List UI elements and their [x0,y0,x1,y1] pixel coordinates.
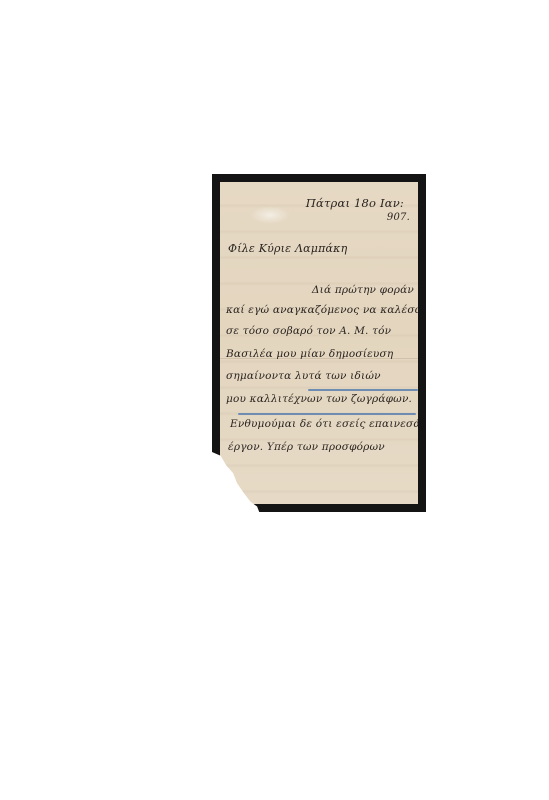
letter-salutation: Φίλε Κύριε Λαμπάκη [228,242,347,255]
document-page: Πάτραι 18ο Ιαν: 907. Φίλε Κύριε Λαμπάκη … [0,0,549,800]
letter-body-line: Διά πρώτην φοράν [312,284,414,296]
letter-body-line: Ενθυμούμαι δε ότι εσείς επαινεσάτε [230,418,418,430]
blue-underline [238,413,416,415]
letter-paper: Πάτραι 18ο Ιαν: 907. Φίλε Κύριε Λαμπάκη … [220,182,418,504]
letter-body-line: μου καλλιτέχνων των ζωγράφων. [226,393,412,405]
blue-underline [308,389,418,391]
bleed-through-texture [220,182,418,504]
letter-date: Πάτραι 18ο Ιαν: [306,196,404,210]
letter-body-line: Βασιλέα μου μίαν δημοσίευση [226,348,393,360]
letter-body-line: σε τόσο σοβαρό τον Α. Μ. τόν [226,325,391,337]
letter-body-line: καί εγώ αναγκαζόμενος να καλέσω [226,304,418,316]
letter-year: 907. [387,212,410,223]
letter-black-border: Πάτραι 18ο Ιαν: 907. Φίλε Κύριε Λαμπάκη … [212,174,426,512]
letter-body-line: έργον. Υπέρ των προσφόρων [228,441,385,453]
paper-smudge [250,206,290,224]
letter-body-line: σημαίνοντα λυτά των ιδιών [226,370,381,382]
